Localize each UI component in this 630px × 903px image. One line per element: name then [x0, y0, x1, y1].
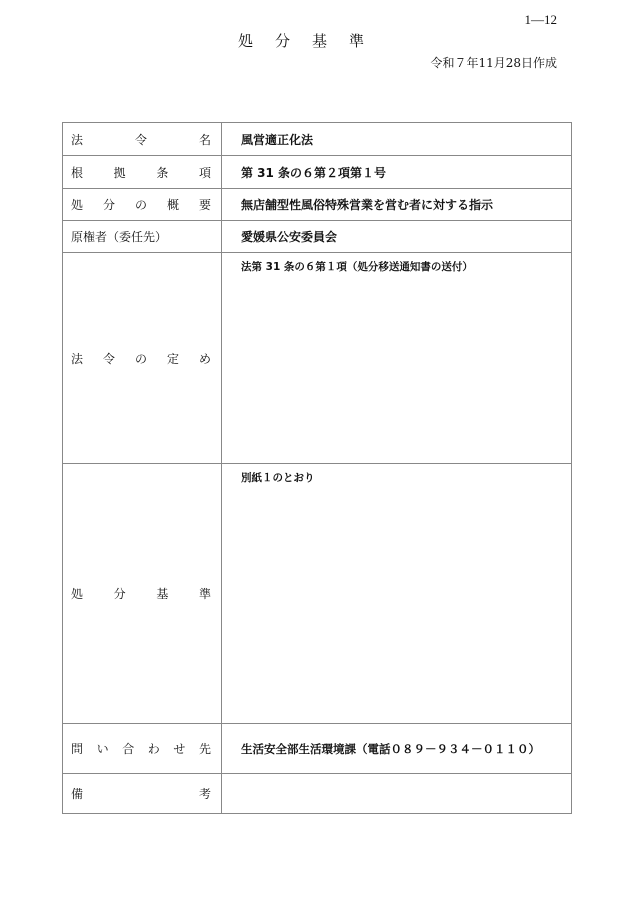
creation-date: 令和７年11月28日作成 — [430, 54, 557, 71]
label-criteria: 処分基準 — [63, 464, 222, 724]
row-contact: 問い合わせ先 生活安全部生活環境課（電話０８９－９３４－０１１０） — [63, 724, 572, 774]
label-authority: 原権者（委任先） — [63, 221, 222, 253]
row-legal-provision: 法令の定め 法第 31 条の６第１項（処分移送通知書の送付） — [63, 253, 572, 464]
value-criteria: 別紙１のとおり — [222, 464, 572, 724]
page-number: 1—12 — [525, 12, 558, 28]
row-authority: 原権者（委任先） 愛媛県公安委員会 — [63, 221, 572, 253]
disposition-criteria-table: 法令名 風営適正化法 根拠条項 第 31 条の６第２項第１号 処分の概要 無店舗… — [62, 122, 572, 814]
value-remarks — [222, 774, 572, 814]
value-authority: 愛媛県公安委員会 — [222, 221, 572, 253]
label-remarks: 備考 — [63, 774, 222, 814]
value-law-name: 風営適正化法 — [222, 123, 572, 156]
value-summary: 無店舗型性風俗特殊営業を営む者に対する指示 — [222, 189, 572, 221]
label-law-name: 法令名 — [63, 123, 222, 156]
value-legal-provision: 法第 31 条の６第１項（処分移送通知書の送付） — [222, 253, 572, 464]
row-summary: 処分の概要 無店舗型性風俗特殊営業を営む者に対する指示 — [63, 189, 572, 221]
row-law-name: 法令名 風営適正化法 — [63, 123, 572, 156]
label-legal-basis: 根拠条項 — [63, 156, 222, 189]
row-legal-basis: 根拠条項 第 31 条の６第２項第１号 — [63, 156, 572, 189]
label-contact: 問い合わせ先 — [63, 724, 222, 774]
row-criteria: 処分基準 別紙１のとおり — [63, 464, 572, 724]
value-contact: 生活安全部生活環境課（電話０８９－９３４－０１１０） — [222, 724, 572, 774]
label-legal-provision: 法令の定め — [63, 253, 222, 464]
row-remarks: 備考 — [63, 774, 572, 814]
document-title: 処分基準 — [238, 30, 386, 51]
value-legal-basis: 第 31 条の６第２項第１号 — [222, 156, 572, 189]
label-summary: 処分の概要 — [63, 189, 222, 221]
